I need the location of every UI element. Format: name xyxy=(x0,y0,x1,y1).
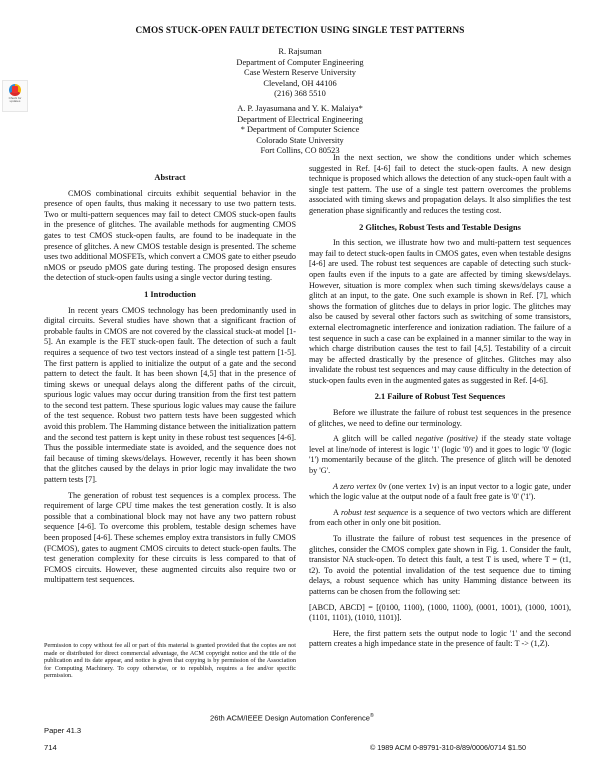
copyright-notice: © 1989 ACM 0-89791-310-8/89/0006/0714 $1… xyxy=(370,743,526,752)
left-column: Abstract CMOS combinational circuits exh… xyxy=(44,167,296,591)
introduction-heading: 1 Introduction xyxy=(44,290,296,301)
paper-number: Paper 41.3 xyxy=(44,726,81,735)
definition-zero-vertex: A zero vertex 0v (one vertex 1v) is an i… xyxy=(309,482,571,503)
conference-text: 26th ACM/IEEE Design Automation Conferen… xyxy=(210,714,370,723)
body-paragraph: To illustrate the failure of robust test… xyxy=(309,534,571,598)
body-paragraph: In this section, we illustrate how two a… xyxy=(309,238,571,386)
body-paragraph: Here, the first pattern sets the output … xyxy=(309,629,571,650)
page-number: 714 xyxy=(44,743,57,752)
introduction-paragraph: In recent years CMOS technology has been… xyxy=(44,306,296,486)
conference-name: 26th ACM/IEEE Design Automation Conferen… xyxy=(210,713,374,723)
emphasis: negative (positive) xyxy=(415,434,477,443)
author-department: Department of Computer Engineering xyxy=(0,58,600,69)
abstract-text: CMOS combinational circuits exhibit sequ… xyxy=(44,189,296,284)
text: A glitch will be called xyxy=(333,434,415,443)
author-name: A. P. Jayasumana and Y. K. Malaiya* xyxy=(0,104,600,115)
permission-notice: Permission to copy without fee all or pa… xyxy=(44,642,296,680)
author-name: R. Rajsuman xyxy=(0,47,600,58)
right-column: In the next section, we show the conditi… xyxy=(309,153,571,655)
author-address: Cleveland, OH 44106 xyxy=(0,79,600,90)
subsection-heading: 2.1 Failure of Robust Test Sequences xyxy=(309,392,571,403)
test-set-equation: [ABCD, ABCD] = [(0100, 1100), (1000, 110… xyxy=(309,603,571,624)
emphasis: A zero vertex xyxy=(333,482,376,491)
emphasis: robust test sequence xyxy=(341,508,408,517)
paper-title: CMOS STUCK-OPEN FAULT DETECTION USING SI… xyxy=(0,25,600,35)
author-phone: (216) 368 5510 xyxy=(0,89,600,100)
abstract-heading: Abstract xyxy=(44,173,296,184)
definition-robust-test: A robust test sequence is a sequence of … xyxy=(309,508,571,529)
body-paragraph: In the next section, we show the conditi… xyxy=(309,153,571,217)
author-university: Colorado State University xyxy=(0,136,600,147)
definition-glitch: A glitch will be called negative (positi… xyxy=(309,434,571,476)
registered-mark: ® xyxy=(370,713,374,719)
author-department: * Department of Computer Science xyxy=(0,125,600,136)
author-department: Department of Electrical Engineering xyxy=(0,115,600,126)
section-heading: 2 Glitches, Robust Tests and Testable De… xyxy=(309,223,571,234)
author-block-2: A. P. Jayasumana and Y. K. Malaiya* Depa… xyxy=(0,104,600,157)
introduction-paragraph: The generation of robust test sequences … xyxy=(44,491,296,586)
body-paragraph: Before we illustrate the failure of robu… xyxy=(309,408,571,429)
author-block-1: R. Rajsuman Department of Computer Engin… xyxy=(0,47,600,100)
author-university: Case Western Reserve University xyxy=(0,68,600,79)
text: A xyxy=(333,508,341,517)
